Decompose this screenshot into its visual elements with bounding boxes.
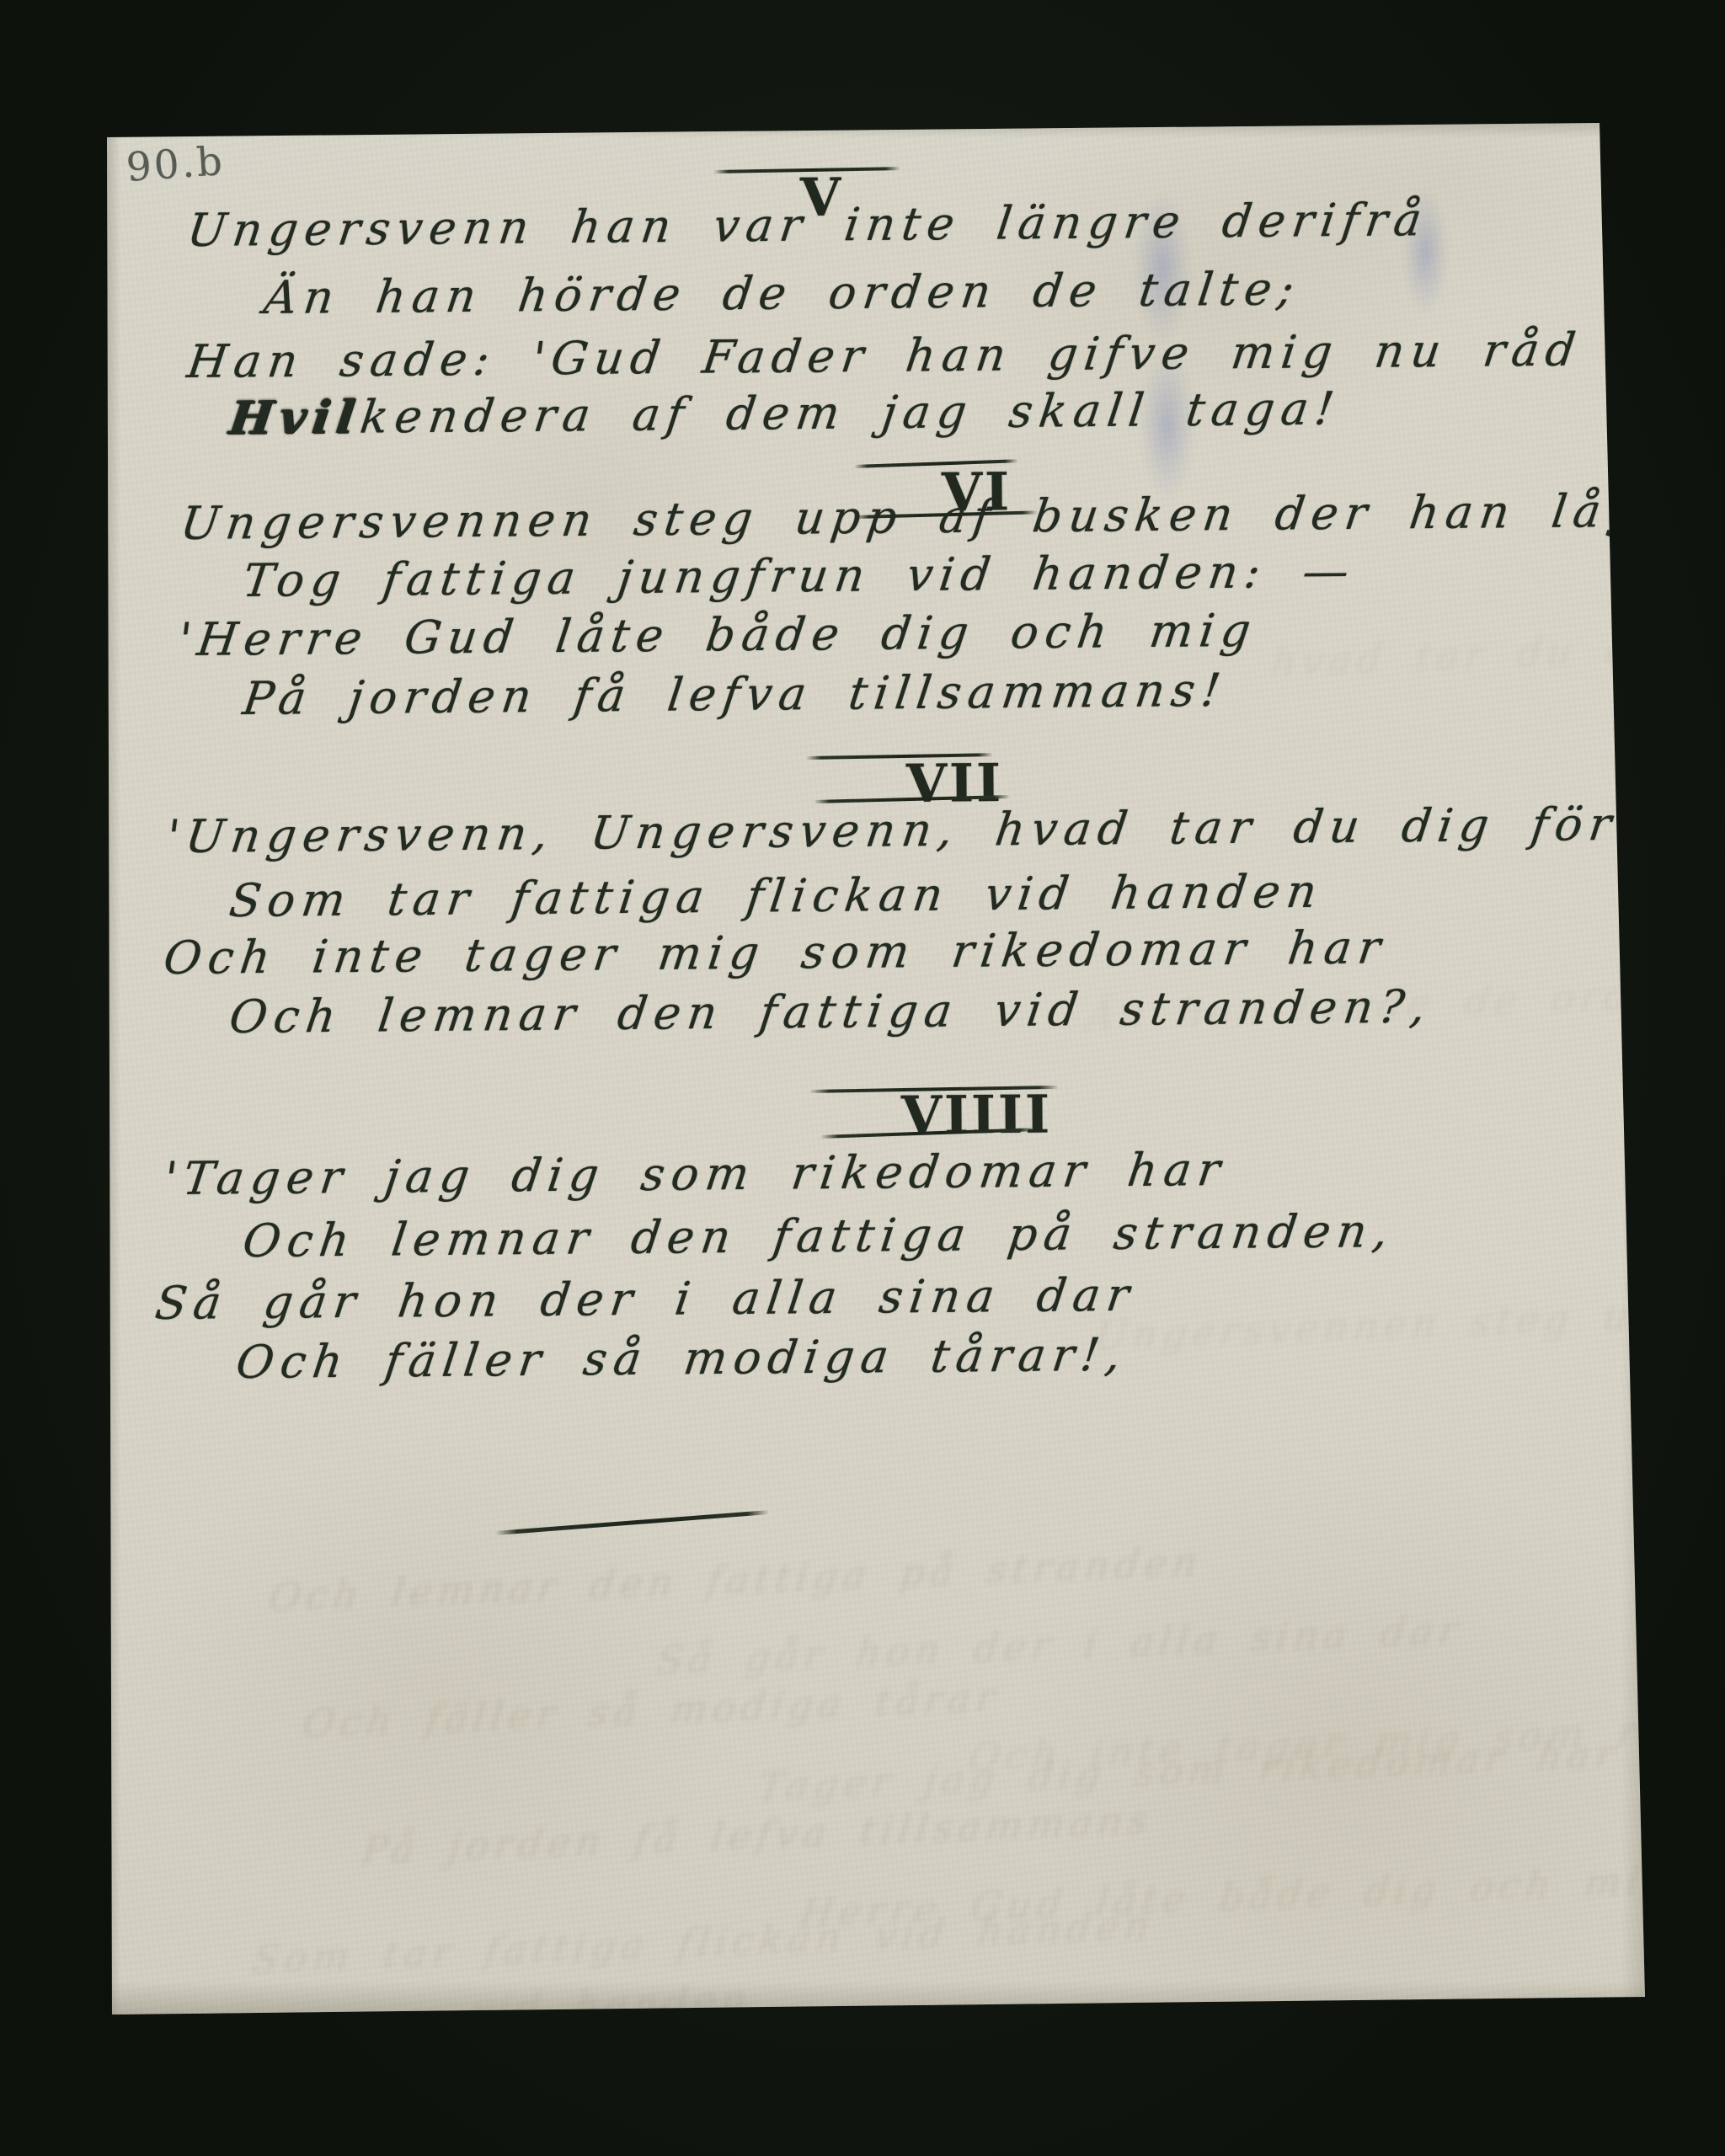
verse-viiii-line-1: 'Tager jag dig som rikedomar har — [161, 1143, 1230, 1205]
verse-vii-line-2: Som tar fattiga flickan vid handen — [227, 865, 1327, 927]
page-number: 90.b — [125, 138, 226, 191]
verse-vi-line-3: 'Herre Gud låte både dig och mig — [175, 604, 1261, 666]
paper-edge-shadow-bottom — [109, 1981, 1644, 2015]
bleedthrough-text: Och fäller så modiga tårar — [300, 1674, 1002, 1747]
corrected-word-start: Hvil — [227, 390, 365, 445]
verse-vi-line-1: Ungersvennen steg upp af busken der han … — [178, 484, 1668, 550]
verse-vii-line-1: 'Ungersvenn, Ungersvenn, hvad tar du dig… — [163, 798, 1621, 863]
bleedthrough-text: hvad tar du dig för — [1268, 620, 1725, 686]
manuscript-paper-sheet: Än han hörde de orden de talte hvad tar … — [0, 0, 1725, 2156]
paper-edge-shadow-top — [107, 123, 1599, 138]
paper-edge-shadow-left — [107, 126, 120, 2015]
bleedthrough-text: Och lemnar den fattiga på stranden — [266, 1539, 1205, 1620]
verse-viiii-line-3: Så går hon der i alla sina dar — [152, 1268, 1139, 1330]
bleedthrough-text: vid handen — [468, 1977, 754, 2033]
verse-v-line-4: Hvilkendera af dem jag skall taga! — [227, 381, 1344, 445]
verse-v-line-4-rest: kendera af dem jag skall taga! — [357, 382, 1343, 443]
verse-vii-line-3: Och inte tager mig som rikedomar har — [161, 921, 1391, 985]
verse-v-line-2: Än han hörde de orden de talte; — [261, 262, 1304, 324]
bleedthrough-text: Så går hon der i alla sina dar — [654, 1607, 1466, 1684]
verse-vi-line-2: Tog fattiga jungfrun vid handen: — — [240, 544, 1359, 607]
end-divider — [495, 1510, 769, 1535]
verse-vii-line-4: Och lemnar den fattiga vid stranden?, — [227, 980, 1435, 1044]
bleedthrough-text: Som tar fattiga flickan vid handen — [249, 1903, 1157, 1983]
verse-viiii-line-4: Och fäller så modiga tårar!, — [233, 1328, 1131, 1389]
verse-v-line-1: Ungersvenn han var inte längre derifrå — [184, 193, 1432, 257]
verse-vi-line-4: På jorden få lefva tillsammans! — [240, 664, 1231, 725]
verse-viiii-line-2: Och lemnar den fattiga på stranden, — [240, 1204, 1398, 1267]
verse-v-line-3: Han sade: 'Gud Fader han gifve mig nu rå… — [184, 323, 1585, 389]
photographed-manuscript: Än han hörde de orden de talte hvad tar … — [0, 0, 1725, 2156]
verse-viiii-number: VIIII — [901, 1083, 1053, 1146]
bleedthrough-text: Ungersvennen steg upp af busken — [1092, 1280, 1725, 1359]
